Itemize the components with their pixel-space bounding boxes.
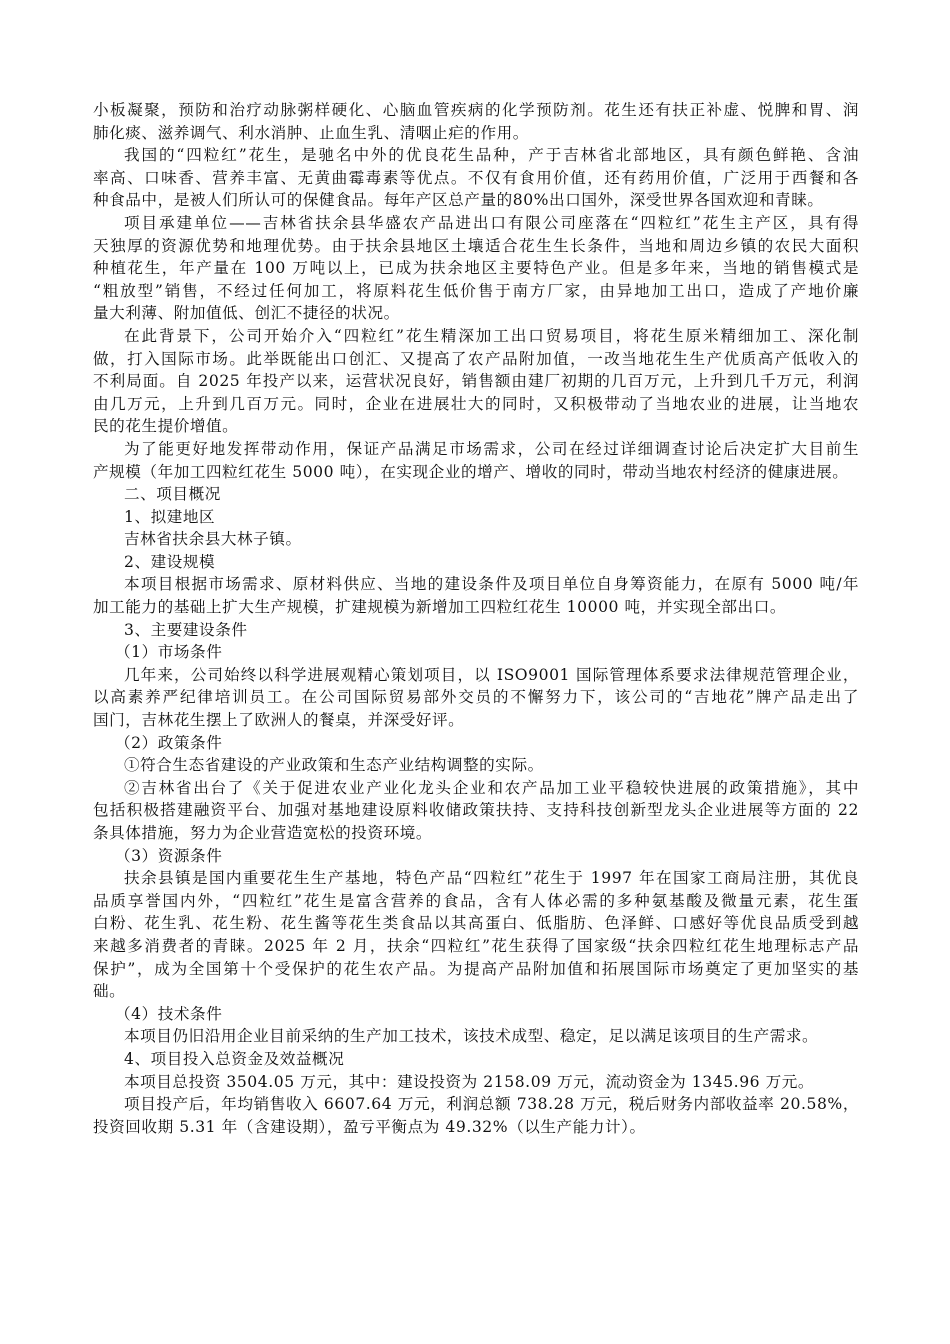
subsection-heading: （1）市场条件	[93, 641, 859, 664]
section-heading: 2、建设规模	[93, 551, 859, 574]
text-line: 4、项目投入总资金及效益概况	[93, 1048, 859, 1071]
paragraph: 本项目根据市场需求、原材料供应、当地的建设条件及项目单位自身筹资能力，在原有 5…	[93, 573, 859, 618]
text-line: 民的花生提价增值。	[93, 415, 859, 438]
text-line: ①符合生态省建设的产业政策和生态产业结构调整的实际。	[93, 754, 859, 777]
text-line: 以高素养严纪律培训员工。在公司国际贸易部外交员的不懈努力下，该公司的“吉地花”牌…	[93, 686, 859, 709]
text-line: 为了能更好地发挥带动作用，保证产品满足市场需求，公司在经过详细调查讨论后决定扩大…	[93, 438, 859, 461]
text-line: 条具体措施，努力为企业营造宽松的投资环境。	[93, 822, 859, 845]
text-line: 品质享誉国内外，“四粒红”花生是富含营养的食品，含有人体必需的多种氨基酸及微量元…	[93, 890, 859, 913]
text-line: 由几万元，上升到几百万元。同时，企业在进展壮大的同时，又积极带动了当地农业的进展…	[93, 393, 859, 416]
text-line: 二、项目概况	[93, 483, 859, 506]
paragraph: 在此背景下，公司开始介入“四粒红”花生精深加工出口贸易项目，将花生原米精细加工、…	[93, 325, 859, 438]
text-line: （4）技术条件	[93, 1003, 859, 1026]
text-line: 几年来，公司始终以科学进展观精心策划项目，以 ISO9001 国际管理体系要求法…	[93, 664, 859, 687]
paragraph: 几年来，公司始终以科学进展观精心策划项目，以 ISO9001 国际管理体系要求法…	[93, 664, 859, 732]
paragraph: ①符合生态省建设的产业政策和生态产业结构调整的实际。	[93, 754, 859, 777]
paragraph: ②吉林省出台了《关于促进农业产业化龙头企业和农产品加工业平稳较快进展的政策措施》…	[93, 777, 859, 845]
text-line: 吉林省扶余县大林子镇。	[93, 528, 859, 551]
subsection-heading: （3）资源条件	[93, 845, 859, 868]
text-line: 保护”，成为全国第十个受保护的花生农产品。为提高产品附加值和拓展国际市场奠定了更…	[93, 958, 859, 981]
text-line: 包括积极搭建融资平台、加强对基地建设原料收储政策扶持、支持科技创新型龙头企业进展…	[93, 799, 859, 822]
text-line: 小板凝聚，预防和治疗动脉粥样硬化、心脑血管疾病的化学预防剂。花生还有扶正补虚、悦…	[93, 99, 859, 122]
text-line: 本项目仍旧沿用企业目前采纳的生产加工技术，该技术成型、稳定，足以满足该项目的生产…	[93, 1025, 859, 1048]
subsection-heading: （4）技术条件	[93, 1003, 859, 1026]
text-line: 加工能力的基础上扩大生产规模，扩建规模为新增加工四粒红花生 10000 吨，并实…	[93, 596, 859, 619]
text-line: 项目投产后，年均销售收入 6607.64 万元，利润总额 738.28 万元，税…	[93, 1093, 859, 1116]
document-page: 小板凝聚，预防和治疗动脉粥样硬化、心脑血管疾病的化学预防剂。花生还有扶正补虚、悦…	[93, 99, 859, 1138]
text-line: ②吉林省出台了《关于促进农业产业化龙头企业和农产品加工业平稳较快进展的政策措施》…	[93, 777, 859, 800]
text-line: 本项目总投资 3504.05 万元，其中：建设投资为 2158.09 万元，流动…	[93, 1071, 859, 1094]
text-line: 我国的“四粒红”花生，是驰名中外的优良花生品种，产于吉林省北部地区，具有颜色鲜艳…	[93, 144, 859, 167]
text-line: 础。	[93, 980, 859, 1003]
text-line: 3、主要建设条件	[93, 619, 859, 642]
paragraph: 本项目仍旧沿用企业目前采纳的生产加工技术，该技术成型、稳定，足以满足该项目的生产…	[93, 1025, 859, 1048]
text-line: 不利局面。自 2025 年投产以来，运营状况良好，销售额由建厂初期的几百万元，上…	[93, 370, 859, 393]
paragraph: 项目承建单位——吉林省扶余县华盛农产品进出口有限公司座落在“四粒红”花生主产区，…	[93, 212, 859, 325]
paragraph: 吉林省扶余县大林子镇。	[93, 528, 859, 551]
paragraph: 小板凝聚，预防和治疗动脉粥样硬化、心脑血管疾病的化学预防剂。花生还有扶正补虚、悦…	[93, 99, 859, 144]
paragraph: 为了能更好地发挥带动作用，保证产品满足市场需求，公司在经过详细调查讨论后决定扩大…	[93, 438, 859, 483]
text-line: 来越多消费者的青睐。2025 年 2 月，扶余“四粒红”花生获得了国家级“扶余四…	[93, 935, 859, 958]
text-line: 2、建设规模	[93, 551, 859, 574]
text-line: 天独厚的资源优势和地理优势。由于扶余县地区土壤适合花生生长条件，当地和周边乡镇的…	[93, 235, 859, 258]
section-heading: 二、项目概况	[93, 483, 859, 506]
text-line: 项目承建单位——吉林省扶余县华盛农产品进出口有限公司座落在“四粒红”花生主产区，…	[93, 212, 859, 235]
text-line: 率高、口味香、营养丰富、无黄曲霉毒素等优点。不仅有食用价值，还有药用价值，广泛用…	[93, 167, 859, 190]
text-line: 做，打入国际市场。此举既能出口创汇、又提高了农产品附加值，一改当地花生生产优质高…	[93, 348, 859, 371]
text-line: 在此背景下，公司开始介入“四粒红”花生精深加工出口贸易项目，将花生原米精细加工、…	[93, 325, 859, 348]
section-heading: 4、项目投入总资金及效益概况	[93, 1048, 859, 1071]
paragraph: 项目投产后，年均销售收入 6607.64 万元，利润总额 738.28 万元，税…	[93, 1093, 859, 1138]
text-line: 种食品中，是被人们所认可的保健食品。每年产区总产量的80%出口国外，深受世界各国…	[93, 189, 859, 212]
text-line: “粗放型”销售，不经过任何加工，将原料花生低价售于南方厂家，由异地加工出口，造成…	[93, 280, 859, 303]
paragraph: 我国的“四粒红”花生，是驰名中外的优良花生品种，产于吉林省北部地区，具有颜色鲜艳…	[93, 144, 859, 212]
text-line: （2）政策条件	[93, 732, 859, 755]
text-line: （3）资源条件	[93, 845, 859, 868]
text-line: 白粉、花生乳、花生粉、花生酱等花生类食品以其高蛋白、低脂肪、色泽鲜、口感好等优良…	[93, 912, 859, 935]
text-line: 量大利薄、附加值低、创汇不捷径的状况。	[93, 302, 859, 325]
subsection-heading: （2）政策条件	[93, 732, 859, 755]
paragraph: 本项目总投资 3504.05 万元，其中：建设投资为 2158.09 万元，流动…	[93, 1071, 859, 1094]
text-line: 肺化痰、滋养调气、利水消肿、止血生乳、清咽止疟的作用。	[93, 122, 859, 145]
text-line: 国门，吉林花生摆上了欧洲人的餐桌，并深受好评。	[93, 709, 859, 732]
text-line: 1、拟建地区	[93, 506, 859, 529]
section-heading: 3、主要建设条件	[93, 619, 859, 642]
text-line: 种植花生，年产量在 100 万吨以上，已成为扶余地区主要特色产业。但是多年来，当…	[93, 257, 859, 280]
text-line: 产规模（年加工四粒红花生 5000 吨），在实现企业的增产、增收的同时，带动当地…	[93, 461, 859, 484]
text-line: 本项目根据市场需求、原材料供应、当地的建设条件及项目单位自身筹资能力，在原有 5…	[93, 573, 859, 596]
section-heading: 1、拟建地区	[93, 506, 859, 529]
text-line: 投资回收期 5.31 年（含建设期），盈亏平衡点为 49.32%（以生产能力计）…	[93, 1116, 859, 1139]
text-line: （1）市场条件	[93, 641, 859, 664]
text-line: 扶余县镇是国内重要花生生产基地，特色产品“四粒红”花生于 1997 年在国家工商…	[93, 867, 859, 890]
paragraph: 扶余县镇是国内重要花生生产基地，特色产品“四粒红”花生于 1997 年在国家工商…	[93, 867, 859, 1003]
